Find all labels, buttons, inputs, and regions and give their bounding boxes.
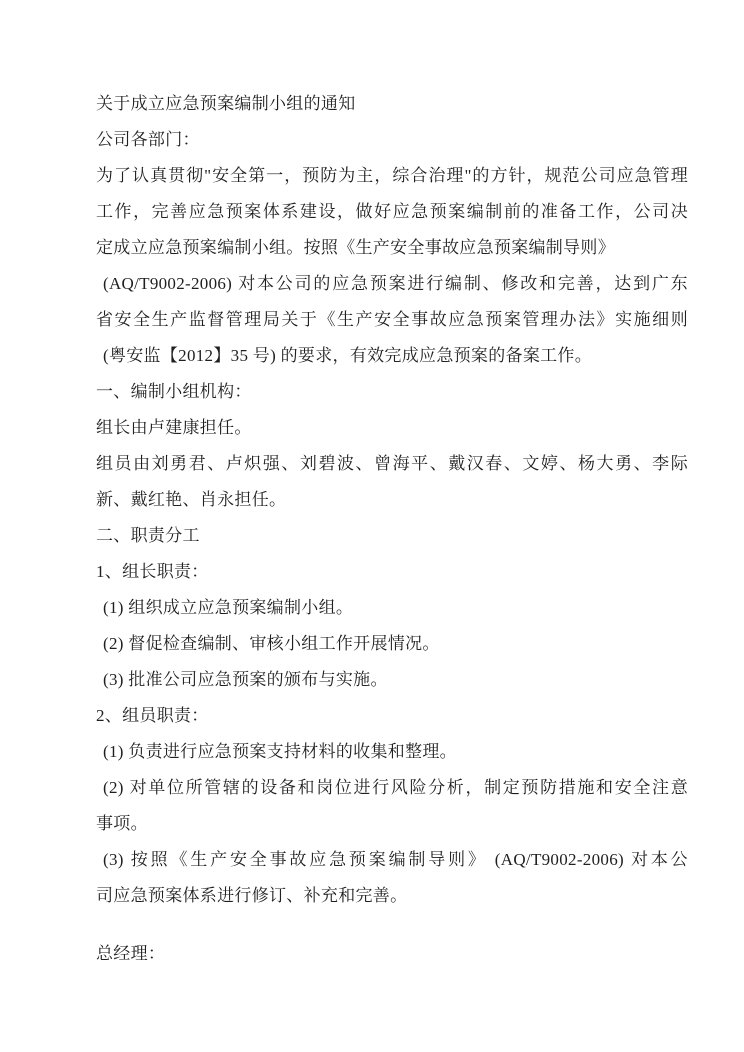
blank-line xyxy=(96,914,688,936)
document-line: 一、编制小组机构： xyxy=(96,374,688,410)
document-line: 组员由刘勇君、卢炽强、刘碧波、曾海平、戴汉春、文婷、杨大勇、李际 xyxy=(96,446,688,482)
document-line: 1、组长职责： xyxy=(96,554,688,590)
document-line: (1) 负责进行应急预案支持材料的收集和整理。 xyxy=(96,734,688,770)
document-line: 为了认真贯彻"安全第一，预防为主，综合治理"的方针，规范公司应急管理 xyxy=(96,158,688,194)
document-line: 二、职责分工 xyxy=(96,518,688,554)
document-line: (3) 批准公司应急预案的颁布与实施。 xyxy=(96,662,688,698)
document-line: 司应急预案体系进行修订、补充和完善。 xyxy=(96,878,688,914)
document-line: (2) 督促检查编制、审核小组工作开展情况。 xyxy=(96,626,688,662)
document-line: 2、组员职责： xyxy=(96,698,688,734)
document-line: 工作，完善应急预案体系建设，做好应急预案编制前的准备工作，公司决 xyxy=(96,194,688,230)
document-line: 组长由卢建康担任。 xyxy=(96,410,688,446)
document-line: 定成立应急预案编制小组。按照《生产安全事故应急预案编制导则》 xyxy=(96,230,688,266)
document-line: (3) 按照《生产安全事故应急预案编制导则》 (AQ/T9002-2006) 对… xyxy=(96,842,688,878)
document-line: (1) 组织成立应急预案编制小组。 xyxy=(96,590,688,626)
document-title: 关于成立应急预案编制小组的通知 xyxy=(96,86,688,122)
document-line: (2) 对单位所管辖的设备和岗位进行风险分析，制定预防措施和安全注意 xyxy=(96,770,688,806)
document-line: 事项。 xyxy=(96,806,688,842)
document-page: 关于成立应急预案编制小组的通知公司各部门：为了认真贯彻"安全第一，预防为主，综合… xyxy=(0,0,744,1052)
document-line: 公司各部门： xyxy=(96,122,688,158)
document-line: 新、戴红艳、肖永担任。 xyxy=(96,482,688,518)
document-line: (粤安监【2012】35 号) 的要求，有效完成应急预案的备案工作。 xyxy=(96,338,688,374)
document-line: (AQ/T9002-2006) 对本公司的应急预案进行编制、修改和完善，达到广东 xyxy=(96,266,688,302)
document-line: 省安全生产监督管理局关于《生产安全事故应急预案管理办法》实施细则 xyxy=(96,302,688,338)
document-body: 关于成立应急预案编制小组的通知公司各部门：为了认真贯彻"安全第一，预防为主，综合… xyxy=(96,86,688,972)
document-line: 总经理： xyxy=(96,936,688,972)
